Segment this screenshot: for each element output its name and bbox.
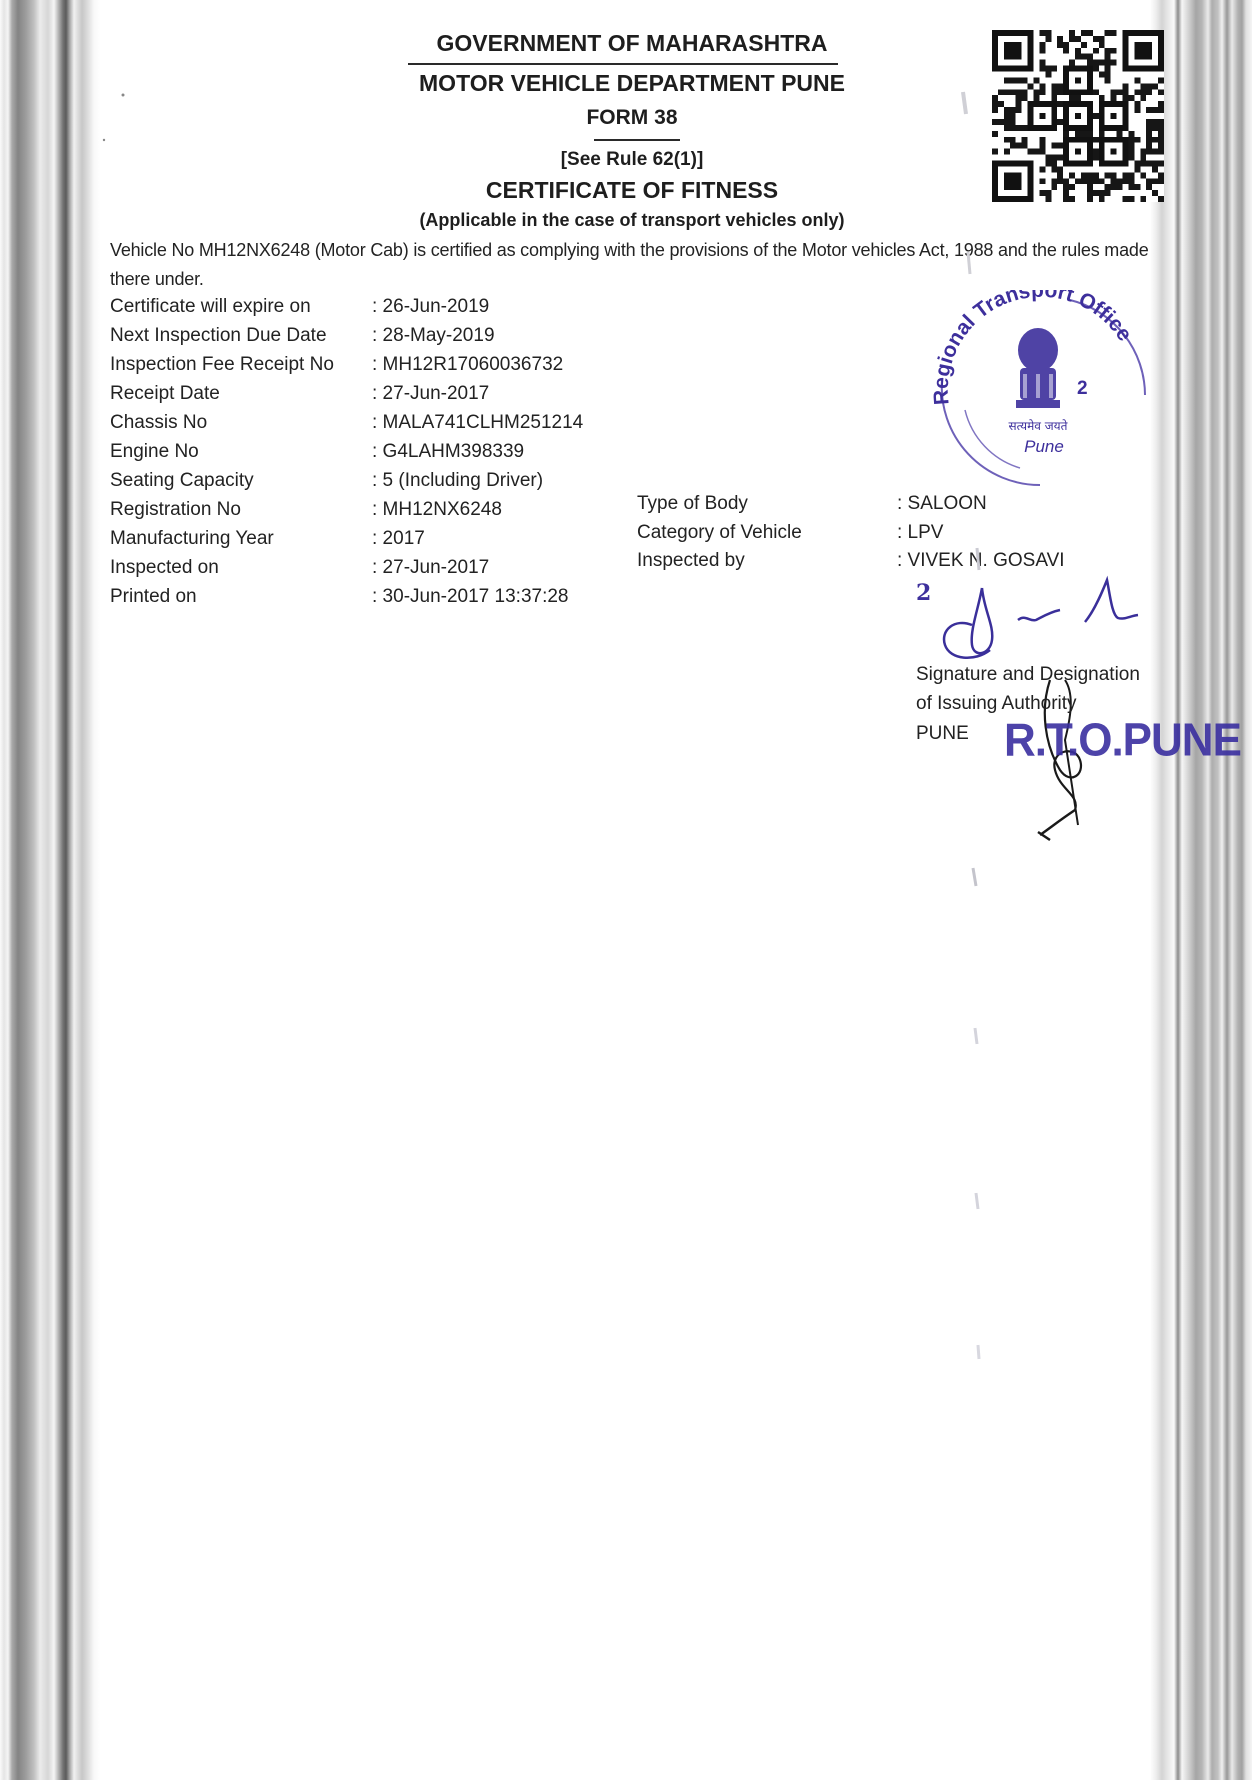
field-label: Type of Body [637, 493, 748, 515]
scan-artifact-right [1150, 0, 1252, 1780]
rto-office-stamp: R.T.O.PUNE [1004, 715, 1241, 768]
rto-round-stamp: Regional Transport Office 2 सत्यमेव जयते… [920, 290, 1160, 490]
signature-caption-line1: Signature and Designation [916, 664, 1140, 686]
field-value: : LPV [897, 522, 943, 544]
field-value: : 26-Jun-2019 [372, 296, 489, 318]
handwritten-number: 2 [916, 580, 931, 606]
field-label: Certificate will expire on [110, 296, 311, 318]
field-value: : MALA741CLHM251214 [372, 412, 583, 434]
stamp-city: Pune [1024, 437, 1064, 456]
field-value: : MH12NX6248 [372, 499, 502, 521]
field-value: : 2017 [372, 528, 425, 550]
field-value: : 5 (Including Driver) [372, 470, 543, 492]
field-value: : G4LAHM398339 [372, 441, 524, 463]
field-value: : 27-Jun-2017 [372, 557, 489, 579]
field-label: Receipt Date [110, 383, 220, 405]
field-value: : 28-May-2019 [372, 325, 495, 347]
form-underline [594, 139, 680, 141]
field-label: Registration No [110, 499, 241, 521]
scan-artifact-left [0, 0, 100, 1780]
field-value: : MH12R17060036732 [372, 354, 563, 376]
field-value: : 30-Jun-2017 13:37:28 [372, 586, 569, 608]
field-value: : SALOON [897, 493, 987, 515]
field-label: Inspection Fee Receipt No [110, 354, 334, 376]
field-label: Inspected on [110, 557, 219, 579]
stamp-motto: सत्यमेव जयते [1009, 419, 1069, 433]
certification-statement: Vehicle No MH12NX6248 (Motor Cab) is cer… [110, 236, 1155, 294]
state-emblem-icon [1016, 328, 1060, 408]
stamp-number: 2 [1077, 378, 1088, 399]
field-label: Manufacturing Year [110, 528, 274, 550]
field-value: : 27-Jun-2017 [372, 383, 489, 405]
field-label: Chassis No [110, 412, 207, 434]
field-label: Inspected by [637, 550, 745, 572]
field-label: Engine No [110, 441, 199, 463]
qr-code-icon [992, 30, 1164, 202]
applicability-note: (Applicable in the case of transport veh… [6, 210, 1252, 231]
signature-caption-line2: of Issuing Authority [916, 693, 1077, 715]
field-value: : VIVEK N. GOSAVI [897, 550, 1065, 572]
heading-underline [408, 63, 838, 65]
field-label: Seating Capacity [110, 470, 254, 492]
signature-caption-city: PUNE [916, 723, 969, 745]
field-label: Category of Vehicle [637, 522, 802, 544]
field-label: Next Inspection Due Date [110, 325, 327, 347]
field-label: Printed on [110, 586, 197, 608]
